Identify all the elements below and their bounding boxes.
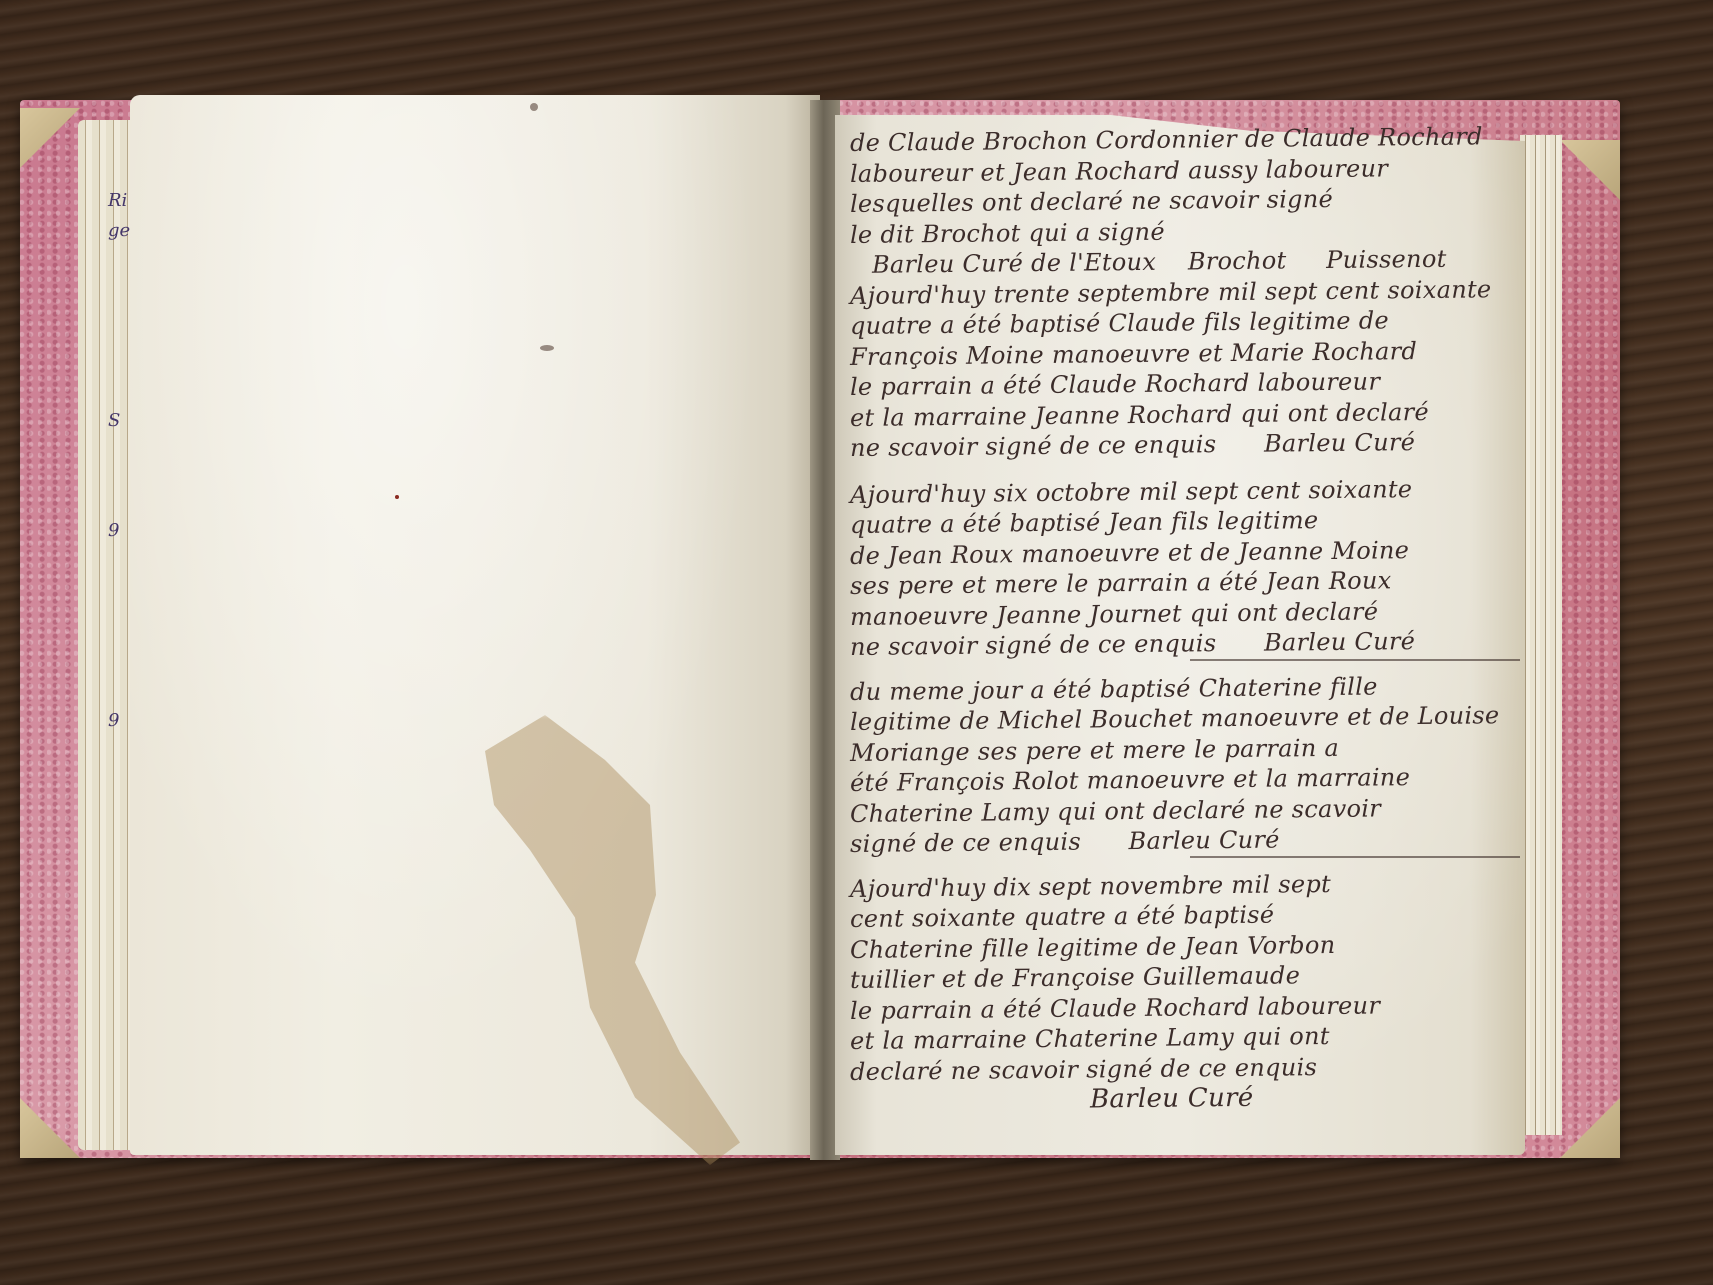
divider-rule — [1190, 659, 1520, 661]
margin-note: ge — [108, 220, 130, 241]
margin-note: Ri — [108, 190, 127, 211]
left-page — [130, 95, 820, 1155]
manuscript-line: ne scavoir signé de ce enquis Barleu Cur… — [850, 625, 1530, 663]
priest-signature: Barleu Curé — [850, 1080, 1530, 1118]
priest-signature: Barleu Curé — [1264, 428, 1415, 458]
manuscript-text-fragment: ne scavoir signé de ce enquis — [850, 629, 1217, 661]
divider-rule — [1190, 856, 1520, 858]
ink-spot — [395, 495, 399, 499]
manuscript-text: de Claude Brochon Cordonnier de Claude R… — [850, 128, 1530, 1118]
priest-signature: Barleu Curé — [1128, 826, 1279, 856]
priest-signature: Barleu Curé de l'Etoux — [872, 248, 1156, 279]
manuscript-text-fragment: ne scavoir signé de ce enquis — [850, 430, 1217, 462]
manuscript-text-fragment: signé de ce enquis — [850, 828, 1081, 858]
margin-note: 9 — [108, 710, 119, 731]
margin-note: 9 — [108, 520, 119, 541]
priest-signature: Barleu Curé — [1264, 627, 1415, 657]
water-stain — [470, 715, 770, 1165]
ink-spot — [540, 345, 554, 351]
witness-signature: Brochot — [1188, 246, 1287, 275]
margin-note: S — [108, 410, 120, 431]
ink-spot — [530, 103, 538, 111]
witness-signature: Puissenot — [1326, 245, 1447, 274]
manuscript-line: signé de ce enquis Barleu Curé — [850, 822, 1530, 860]
manuscript-line: ne scavoir signé de ce enquis Barleu Cur… — [850, 426, 1530, 464]
